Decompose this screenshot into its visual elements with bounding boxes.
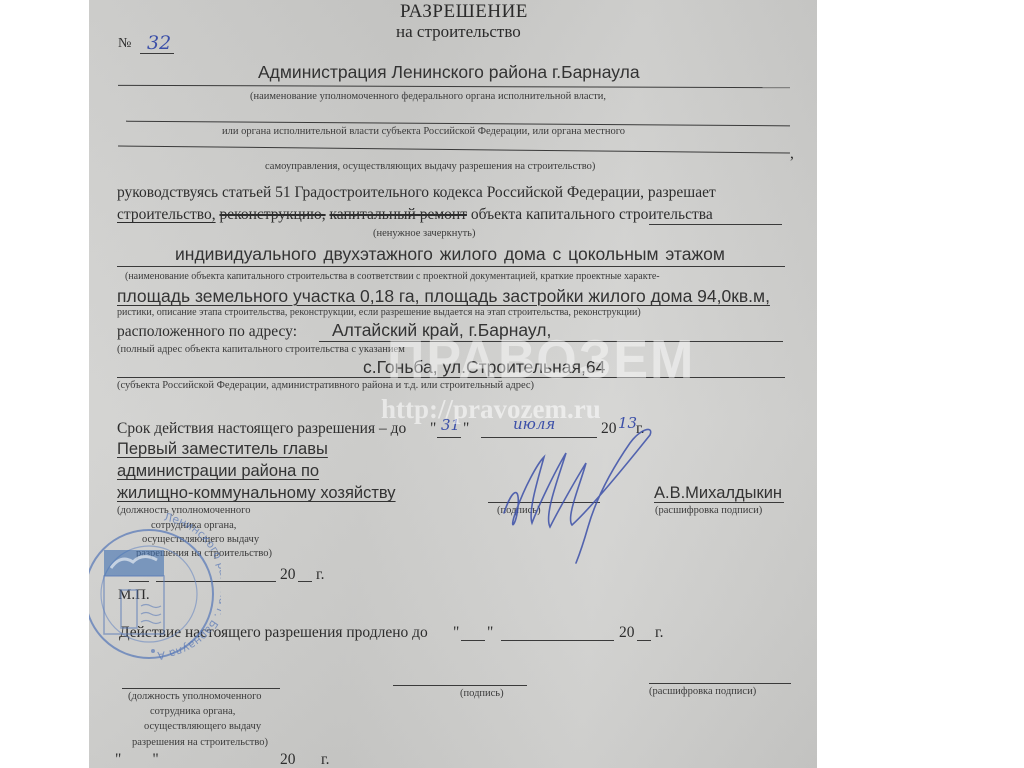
basis-caption: (ненужное зачеркнуть) — [373, 228, 475, 239]
validity-label: Срок действия настоящего разрешения – до — [117, 420, 406, 438]
signature-icon — [484, 415, 664, 565]
ext-name-caption: (расшифровка подписи) — [649, 686, 756, 697]
document-subtitle: на строительство — [396, 22, 521, 42]
option-repair-struck: капитальный ремонт — [329, 206, 466, 223]
ext-date-year: 20 — [280, 751, 296, 768]
issuer-caption-2: или органа исполнительной власти субъект… — [222, 126, 625, 137]
object-caption-2: ристики, описание этапа строительства, р… — [117, 307, 641, 318]
issuer-name: Администрация Ленинского района г.Барнау… — [258, 62, 640, 83]
basis-line-1: руководствуясь статьей 51 Градостроитель… — [117, 184, 716, 202]
ext-date-unit: г. — [321, 751, 329, 768]
object-name: индивидуального двухэтажного жилого дома… — [175, 244, 725, 265]
svg-text:Ленинского района г. Барнаула: Ленинского района г. Барнаула Администра… — [89, 510, 221, 660]
object-caption-1: (наименование объекта капитального строи… — [125, 271, 660, 282]
issuer-caption-1: (наименование уполномоченного федерально… — [250, 91, 606, 102]
watermark-url: http://pravozem.ru — [381, 394, 601, 425]
extension-quote-open: " — [453, 624, 459, 642]
date-year-prefix: 20 — [280, 566, 296, 584]
ext-date-quotes: " " — [115, 751, 159, 768]
extension-quote-close: " — [487, 624, 493, 642]
address-label: расположенного по адресу: — [117, 323, 297, 341]
name-caption: (расшифровка подписи) — [655, 505, 762, 516]
number-label: № — [118, 36, 131, 52]
ext-signature-caption: (подпись) — [460, 688, 504, 699]
permit-number: 32 — [147, 32, 171, 54]
option-reconstruction-struck: реконструкцию, — [219, 206, 325, 223]
signatory-position-2: администрации района по — [117, 462, 319, 481]
watermark-brand: ПРАВОЗЕМ — [387, 329, 695, 392]
basis-line-2: строительство, реконструкцию, капитальны… — [117, 206, 713, 224]
signatory-name: А.В.Михалдыкин — [654, 484, 782, 503]
issuer-comma: , — [790, 145, 794, 163]
ext-position-caption-1: (должность уполномоченного — [128, 691, 261, 702]
date-year-unit: г. — [316, 566, 324, 584]
permit-document: РАЗРЕШЕНИЕ на строительство № 32 Админис… — [89, 0, 817, 768]
extension-year-prefix: 20 — [619, 624, 635, 642]
document-title: РАЗРЕШЕНИЕ — [400, 1, 528, 23]
address-caption-1: (полный адрес объекта капитального строи… — [117, 344, 405, 355]
signatory-position-3: жилищно-коммунальному хозяйству — [117, 484, 396, 503]
ext-position-caption-4: разрешения на строительство) — [132, 737, 268, 748]
stamp-ring-text: Ленинского района г. Барнаула Администра… — [89, 510, 221, 660]
basis-line-2-rest: объекта капитального строительства — [471, 206, 713, 223]
signatory-position-1: Первый заместитель главы — [117, 440, 328, 459]
extension-year-unit: г. — [655, 624, 663, 642]
ext-position-caption-2: сотрудника органа, — [150, 706, 235, 717]
option-construction: строительство, — [117, 206, 216, 223]
object-characteristics: площадь земельного участка 0,18 га, площ… — [117, 286, 770, 307]
official-stamp-icon: Ленинского района г. Барнаула Администра… — [89, 510, 221, 660]
ext-position-caption-3: осуществляющего выдачу — [144, 721, 261, 732]
issuer-caption-3: самоуправления, осуществляющих выдачу ра… — [265, 161, 595, 172]
